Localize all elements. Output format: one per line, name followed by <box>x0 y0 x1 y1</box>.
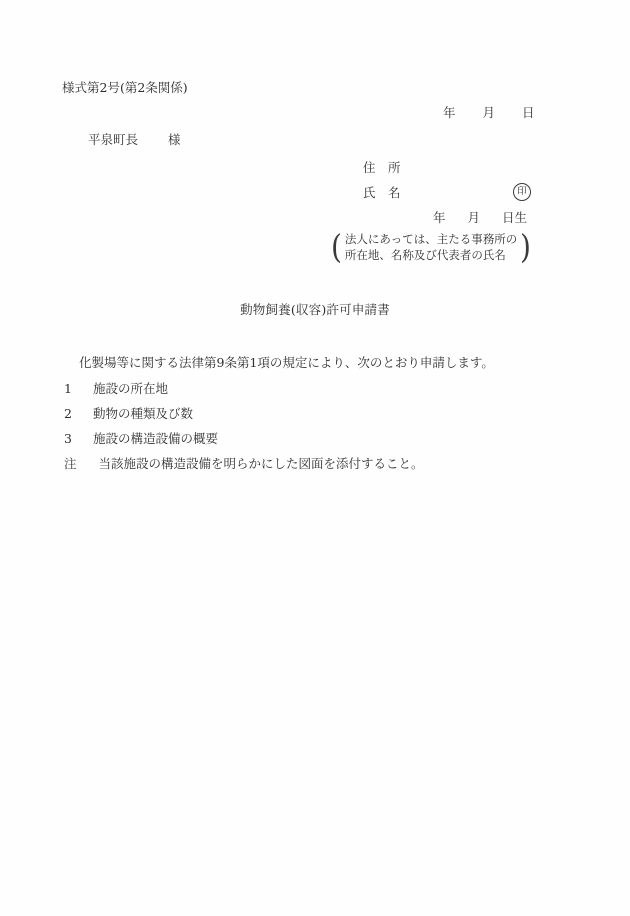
birth-month-label: 月 <box>468 210 481 226</box>
address-label: 住 所 <box>363 160 401 176</box>
corporate-note-close-paren: ) <box>520 230 531 263</box>
corporate-note: ( 法人にあっては、主たる事務所の 所在地、名称及び代表者の氏名 ) <box>330 230 532 263</box>
date-line: 年 月 日 <box>443 105 535 121</box>
birth-date-line: 年 月 日生 <box>433 210 527 226</box>
note-text: 当該施設の構造設備を明らかにした図面を添付すること。 <box>99 456 424 472</box>
date-year-label: 年 <box>443 105 456 121</box>
list-item-3: 3 施設の構造設備の概要 <box>64 431 218 447</box>
document-page: 様式第2号(第2条関係) 年 月 日 平泉町長 様 住 所 氏 名 印 年 月 … <box>0 0 630 916</box>
item-text: 施設の所在地 <box>93 381 168 397</box>
item-text: 施設の構造設備の概要 <box>93 431 218 447</box>
form-number: 様式第2号(第2条関係) <box>62 80 188 96</box>
list-item-1: 1 施設の所在地 <box>64 381 168 397</box>
name-label: 氏 名 <box>363 185 401 201</box>
item-number: 3 <box>64 431 72 447</box>
item-number: 2 <box>64 406 72 422</box>
addressee-name: 平泉町長 <box>88 132 138 148</box>
date-day-label: 日 <box>522 105 535 121</box>
birth-day-label: 日生 <box>502 210 527 226</box>
application-statement: 化製場等に関する法律第9条第1項の規定により、次のとおり申請します。 <box>79 355 494 371</box>
corporate-note-line2: 所在地、名称及び代表者の氏名 <box>345 247 517 263</box>
corporate-note-line1: 法人にあっては、主たる事務所の <box>345 231 517 247</box>
item-text: 動物の種類及び数 <box>93 406 193 422</box>
birth-year-label: 年 <box>433 210 446 226</box>
note-label: 注 <box>64 456 77 472</box>
date-month-label: 月 <box>483 105 496 121</box>
corporate-note-open-paren: ( <box>331 230 342 263</box>
seal-mark-icon: 印 <box>513 183 531 201</box>
addressee-honorific: 様 <box>168 132 181 148</box>
item-number: 1 <box>64 381 72 397</box>
corporate-note-lines: 法人にあっては、主たる事務所の 所在地、名称及び代表者の氏名 <box>345 231 517 263</box>
addressee-line: 平泉町長 様 <box>88 132 181 148</box>
attachment-note: 注 当該施設の構造設備を明らかにした図面を添付すること。 <box>64 456 424 472</box>
document-title: 動物飼養(収容)許可申請書 <box>0 302 630 318</box>
list-item-2: 2 動物の種類及び数 <box>64 406 193 422</box>
